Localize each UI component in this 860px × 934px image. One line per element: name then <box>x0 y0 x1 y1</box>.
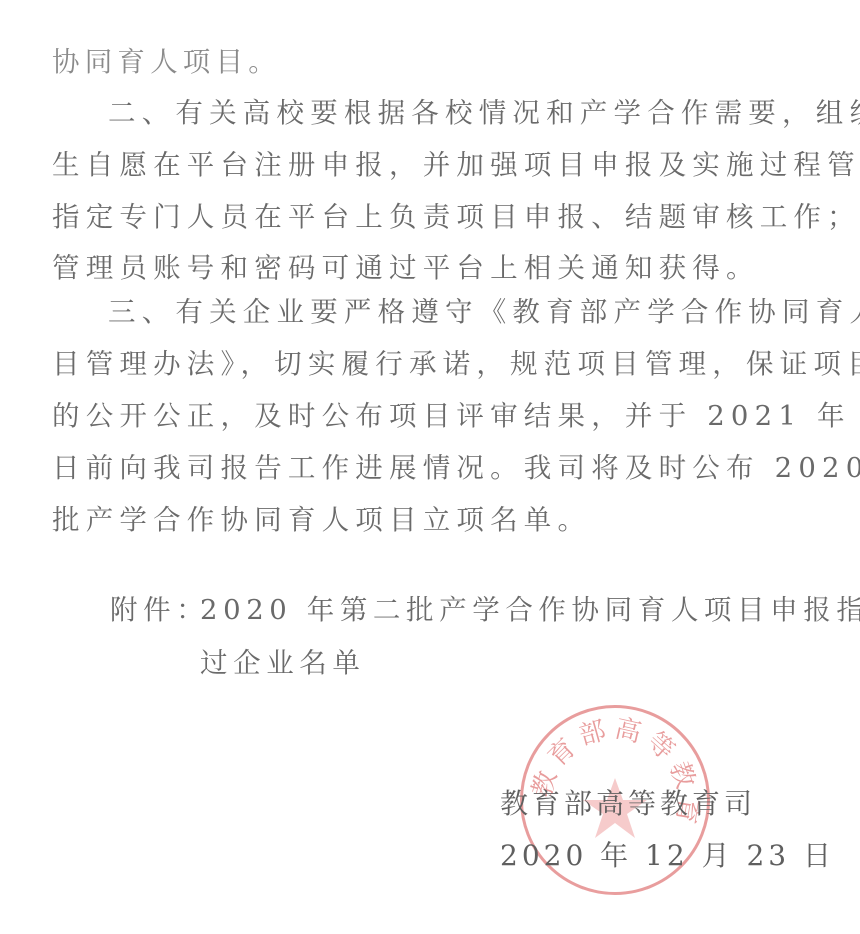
paragraph-3-line-4: 日前向我司报告工作进展情况。我司将及时公布 2020 年第二 <box>52 450 812 486</box>
attachment-label: 附件： <box>110 592 209 628</box>
attachment-line-1: 2020 年第二批产学合作协同育人项目申报指南通 <box>200 592 860 628</box>
paragraph-2-line-1: 二、有关高校要根据各校情况和产学合作需要，组织师 <box>108 95 860 131</box>
paragraph-3-line-1: 三、有关企业要严格遵守《教育部产学合作协同育人项 <box>108 294 860 330</box>
issue-date: 2020 年 12 月 23 日 <box>500 838 835 874</box>
attachment-line-2: 过企业名单 <box>200 645 366 681</box>
issuer-name: 教育部高等教育司 <box>500 786 756 822</box>
paragraph-2-line-2: 生自愿在平台注册申报，并加强项目申报及实施过程管理， <box>52 147 812 183</box>
document-page: 协同育人项目。 二、有关高校要根据各校情况和产学合作需要，组织师 生自愿在平台注… <box>0 0 860 934</box>
paragraph-2-line-4: 管理员账号和密码可通过平台上相关通知获得。 <box>52 250 812 286</box>
paragraph-3-line-3: 的公开公正，及时公布项目评审结果，并于 2021 年 3 月 15 <box>52 398 812 434</box>
paragraph-2-line-3: 指定专门人员在平台上负责项目申报、结题审核工作；校级 <box>52 199 812 235</box>
paragraph-3-line-5: 批产学合作协同育人项目立项名单。 <box>52 502 812 538</box>
paragraph-1-tail: 协同育人项目。 <box>52 44 812 80</box>
paragraph-3-line-2: 目管理办法》，切实履行承诺，规范项目管理，保证项目评审 <box>52 346 812 382</box>
